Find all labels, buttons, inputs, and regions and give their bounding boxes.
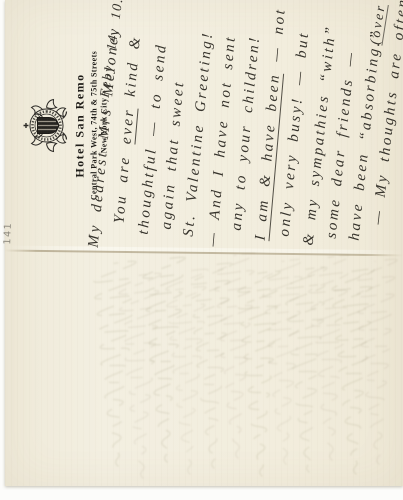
page-turn-note: (over <box>366 2 389 46</box>
underlined-text: ever <box>118 107 138 145</box>
line-text: — not <box>267 6 289 73</box>
letterhead-hotel-name: Hotel San Remo <box>72 0 87 250</box>
hotel-crest-icon <box>22 96 70 154</box>
rotated-letter-content: 141 <box>0 0 403 500</box>
scanned-letter: 141 <box>0 0 403 500</box>
ink-bleedthrough <box>0 248 403 492</box>
line-text: You are <box>111 143 134 224</box>
page-turn-note-text: (over <box>366 2 388 45</box>
archival-number: 141 <box>2 221 14 244</box>
line-text: kind & <box>121 34 143 108</box>
